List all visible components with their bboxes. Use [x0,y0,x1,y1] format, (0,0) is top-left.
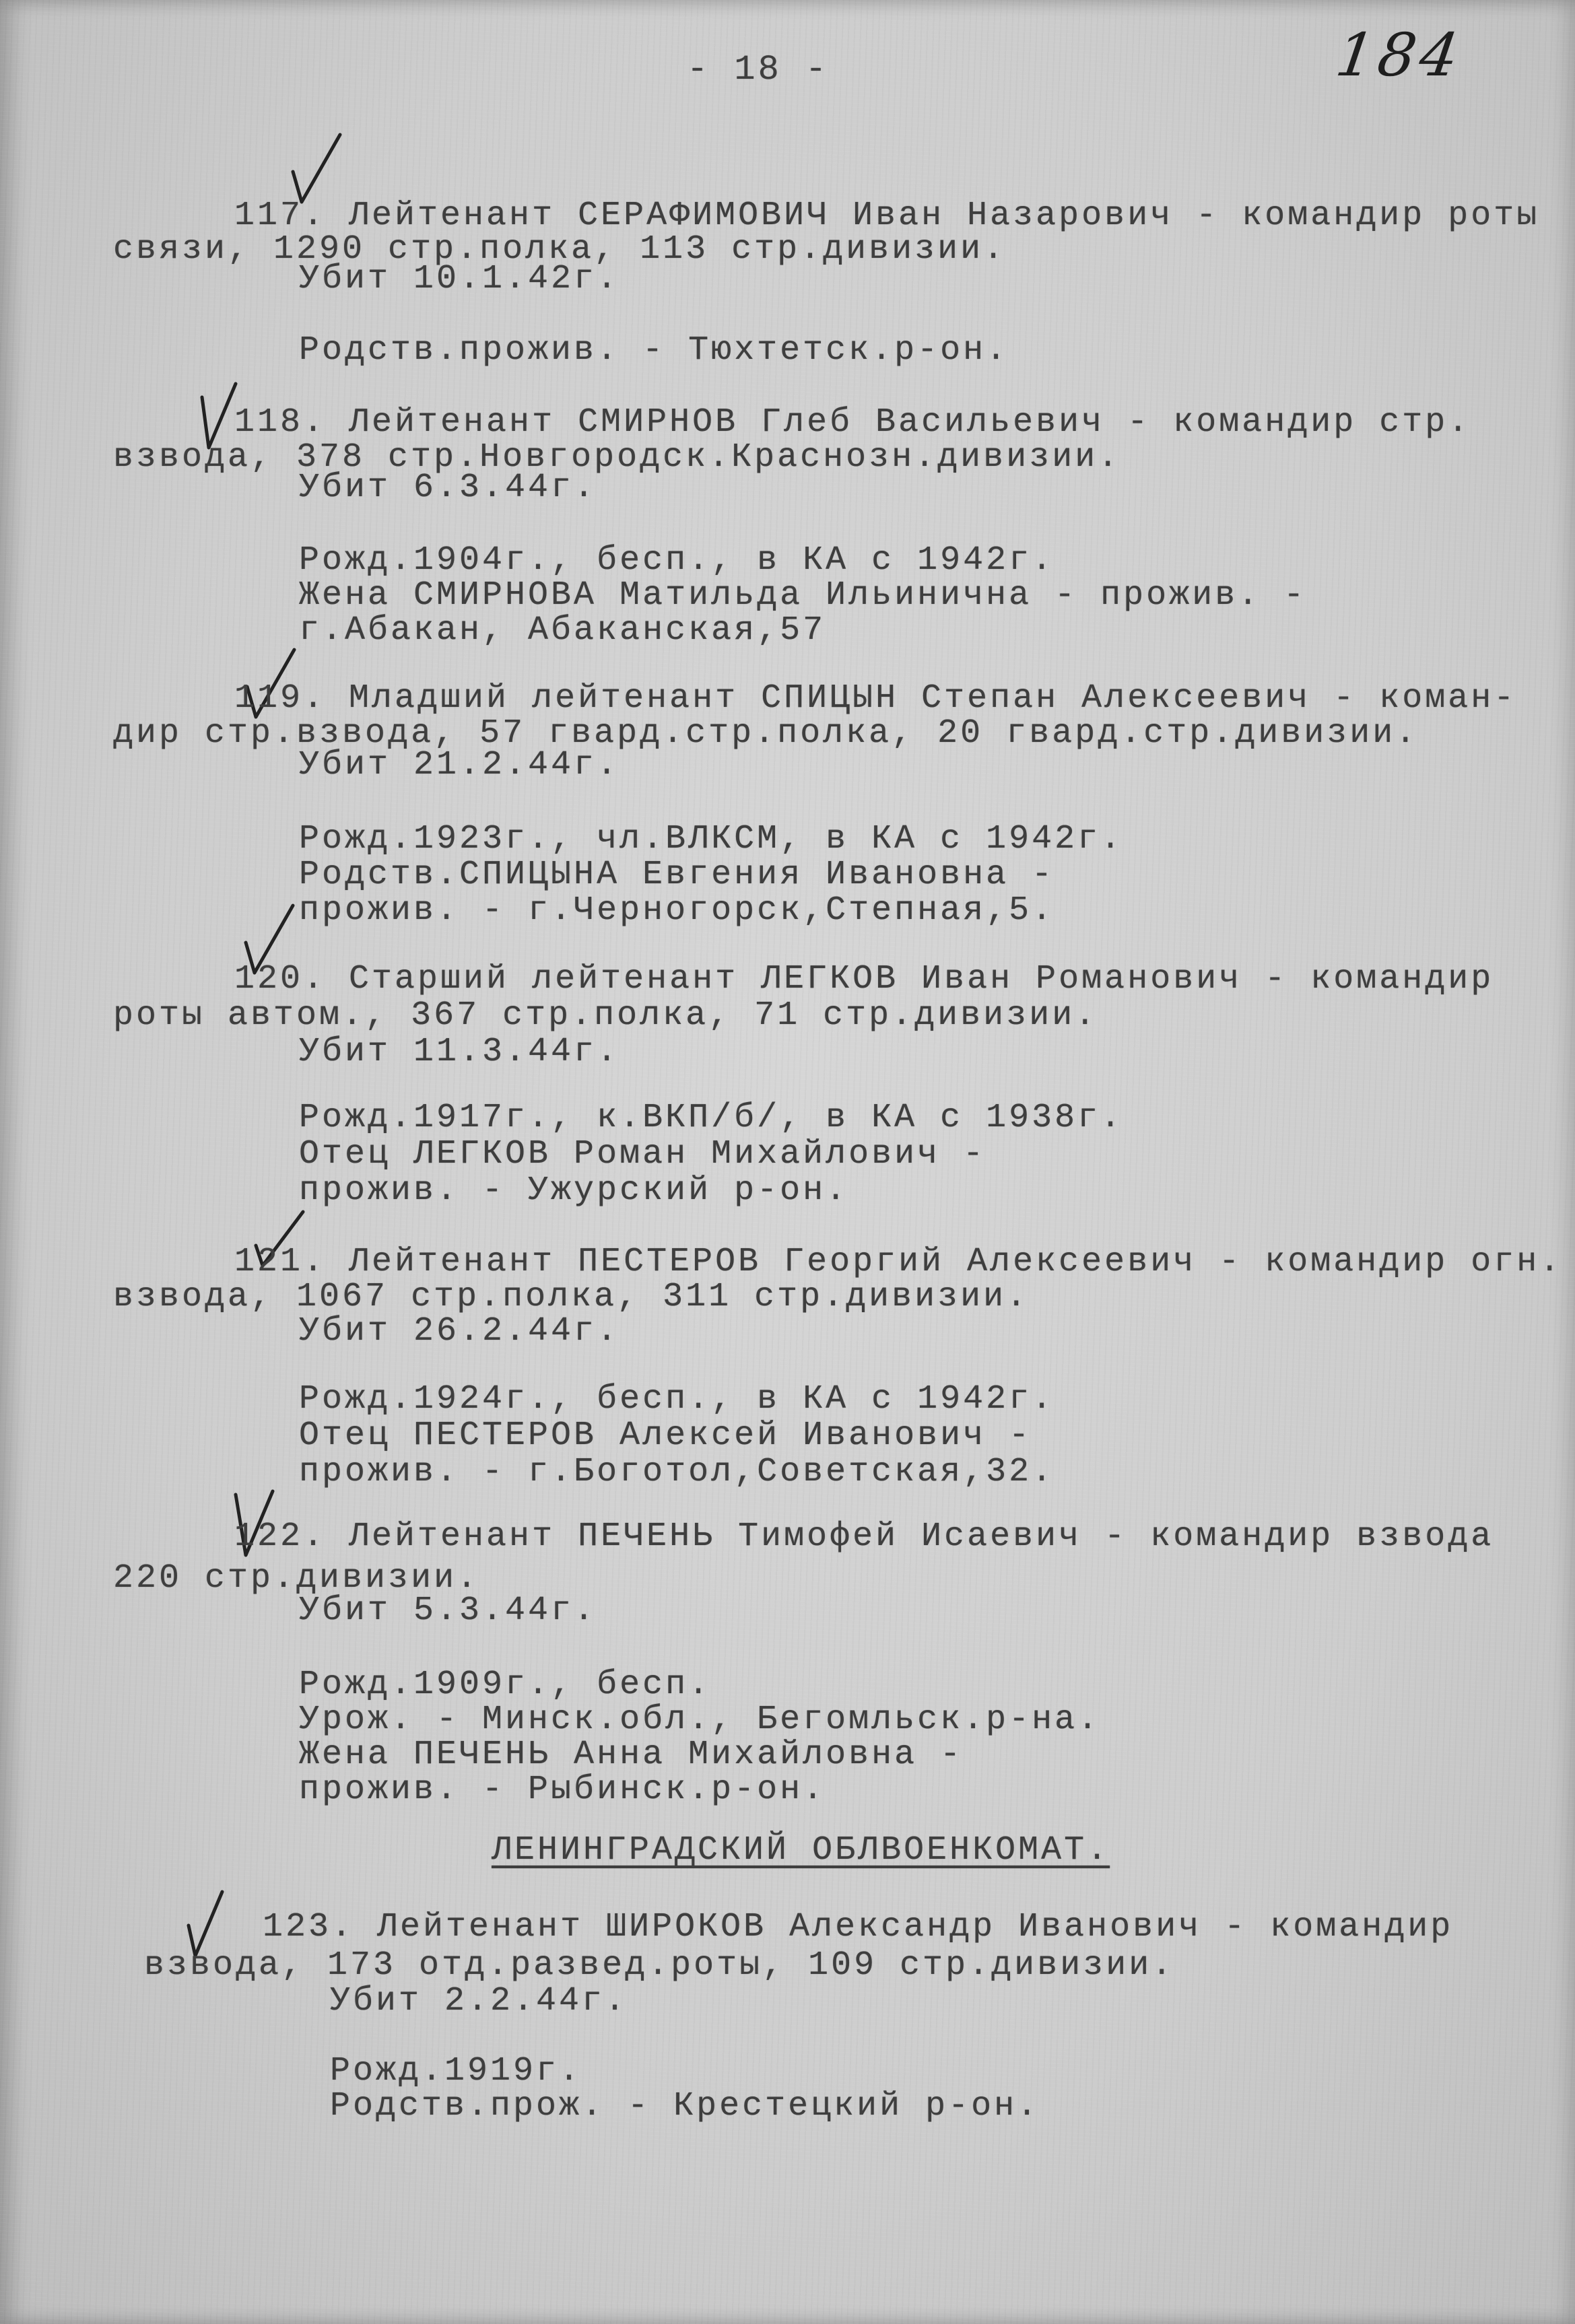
entry-118-detail-3: г.Абакан, Абаканская,57 [299,614,826,648]
page-number: - 18 - [687,53,829,88]
entry-120-line1: 120. Старший лейтенант ЛЕГКОВ Иван Роман… [234,963,1494,996]
entry-118-line2: взвода, 378 стр.Новгородск.Краснозн.диви… [113,441,1120,475]
entry-121-killed: Убит 26.2.44г. [299,1315,619,1348]
entry-120-line2: роты автом., 367 стр.полка, 71 стр.дивиз… [113,999,1098,1033]
section-heading: ЛЕНИНГРАДСКИЙ ОБЛВОЕНКОМАТ. [492,1834,1110,1868]
entry-118-detail-2: Жена СМИРНОВА Матильда Ильинична - прожи… [299,579,1306,613]
entry-122-detail-4: прожив. - Рыбинск.р-он. [299,1773,826,1807]
archive-number: 184 [1332,20,1467,90]
entry-121-detail-3: прожив. - г.Боготол,Советская,32. [299,1456,1054,1489]
entry-120-killed: Убит 11.3.44г. [299,1035,619,1069]
entry-121-line1: 121. Лейтенант ПЕСТЕРОВ Георгий Алексеев… [234,1245,1562,1279]
entry-122-line2: 220 стр.дивизии. [113,1562,479,1596]
entry-122-killed: Убит 5.3.44г. [299,1594,597,1628]
entry-122-detail-2: Урож. - Минск.обл., Бегомльск.р-на. [299,1703,1100,1737]
entry-123-line1: 123. Лейтенант ШИРОКОВ Александр Иванови… [263,1911,1453,1944]
entry-118-line1: 118. Лейтенант СМИРНОВ Глеб Васильевич -… [234,406,1471,440]
entry-122-line1: 122. Лейтенант ПЕЧЕНЬ Тимофей Исаевич - … [234,1520,1494,1554]
entry-117-line1: 117. Лейтенант СЕРАФИМОВИЧ Иван Назарови… [234,199,1539,233]
entry-123-line2: взвода, 173 отд.развед.роты, 109 стр.див… [144,1949,1174,1983]
document-page: - 18 - 184 117. Лейтенант СЕРАФИМОВИЧ Ив… [0,0,1575,2324]
entry-123-killed: Убит 2.2.44г. [330,1985,628,2018]
entry-121-detail-1: Рожд.1924г., бесп., в КА с 1942г. [299,1383,1054,1416]
entry-122-detail-3: Жена ПЕЧЕНЬ Анна Михайловна - [299,1738,963,1772]
entry-119-detail-1: Рожд.1923г., чл.ВЛКСМ, в КА с 1942г. [299,823,1123,856]
entry-120-detail-3: прожив. - Ужурский р-он. [299,1174,848,1208]
entry-120-detail-1: Рожд.1917г., к.ВКП/б/, в КА с 1938г. [299,1101,1123,1135]
entry-117-killed: Убит 10.1.42г. [299,263,619,296]
entry-119-line1: 119. Младший лейтенант СПИЦЫН Степан Але… [234,682,1516,716]
entry-118-detail-1: Рожд.1904г., бесп., в КА с 1942г. [299,544,1054,578]
entry-123-detail-2: Родств.прож. - Крестецкий р-он. [330,2090,1040,2123]
entry-122-detail-1: Рожд.1909г., бесп. [299,1668,711,1702]
entry-117-detail: Родств.прожив. - Тюхтетск.р-он. [299,334,1009,368]
entry-121-line2: взвода, 1067 стр.полка, 311 стр.дивизии. [113,1280,1029,1314]
entry-119-detail-2: Родств.СПИЦЫНА Евгения Ивановна - [299,858,1054,892]
entry-119-killed: Убит 21.2.44г. [299,749,619,782]
entry-118-killed: Убит 6.3.44г. [299,471,597,505]
entry-121-detail-2: Отец ПЕСТЕРОВ Алексей Иванович - [299,1419,1032,1453]
checkmark-icon [290,131,350,205]
entry-123-detail-1: Рожд.1919г. [330,2055,582,2088]
entry-119-detail-3: прожив. - г.Черногорск,Степная,5. [299,894,1054,928]
entry-120-detail-2: Отец ЛЕГКОВ Роман Михайлович - [299,1138,986,1171]
